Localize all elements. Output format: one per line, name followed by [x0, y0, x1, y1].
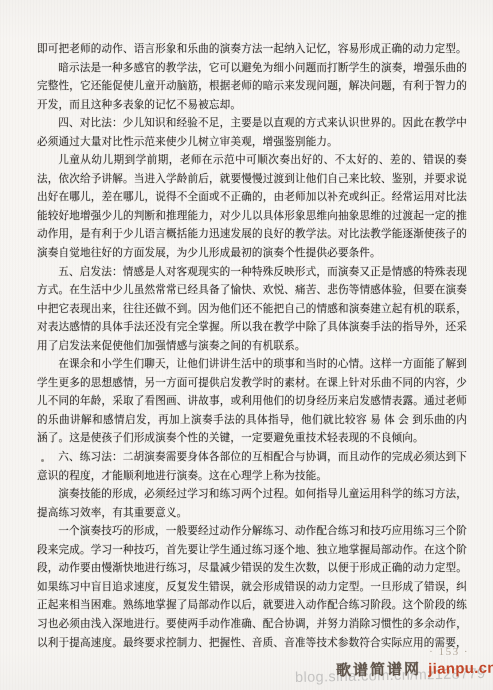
paragraph: 六、练习法：二胡演奏需要身体各部位的互相配合与协调，而且动作的完成必须达到下意识…: [37, 449, 467, 486]
paragraph: 暗示法是一种多感官的教学法，它可以避免为细小问题而打断学生的演奏，增强乐曲的完整…: [37, 60, 467, 116]
scanned-book-page: 即可把老师的动作、语言形象和乐曲的演奏方法一起纳入记忆，容易形成正确的动力定型。…: [0, 0, 493, 690]
site-watermark: 歌谱简谱网 jianpu.cn: [336, 657, 493, 681]
watermark-site-url: jianpu.cn: [428, 660, 493, 678]
paragraph: 即可把老师的动作、语言形象和乐曲的演奏方法一起纳入记忆，容易形成正确的动力定型。: [37, 41, 467, 60]
paragraph: 一个演奏技巧的形成，一般要经过动作分解练习、动作配合练习和技巧应用练习三个阶段来…: [37, 523, 467, 653]
paragraph: 在课余和小学生们聊天，让他们讲讲生活中的琐事和当时的心情。这样一方面能了解到学生…: [37, 356, 467, 449]
scan-artifact-dot: [41, 459, 44, 462]
paragraph: 五、启发法：情感是人对客观现实的一种特殊反映形式，而演奏又正是情感的特殊表现方式…: [37, 264, 467, 357]
watermark-site-name: 歌谱简谱网: [336, 661, 421, 679]
paragraph: 四、对比法：少儿知识和经验不足，主要是以直观的方式来认识世界的。因此在教学中必须…: [37, 115, 467, 152]
paragraph: 演奏技能的形成，必须经过学习和练习两个过程。如何指导儿童运用科学的练习方法，提高…: [37, 486, 467, 523]
paragraph: 儿童从幼儿期到学前期，老师在示范中可顺次奏出好的、不太好的、差的、错误的奏法，依…: [37, 152, 467, 263]
body-text: 即可把老师的动作、语言形象和乐曲的演奏方法一起纳入记忆，容易形成正确的动力定型。…: [37, 41, 467, 653]
